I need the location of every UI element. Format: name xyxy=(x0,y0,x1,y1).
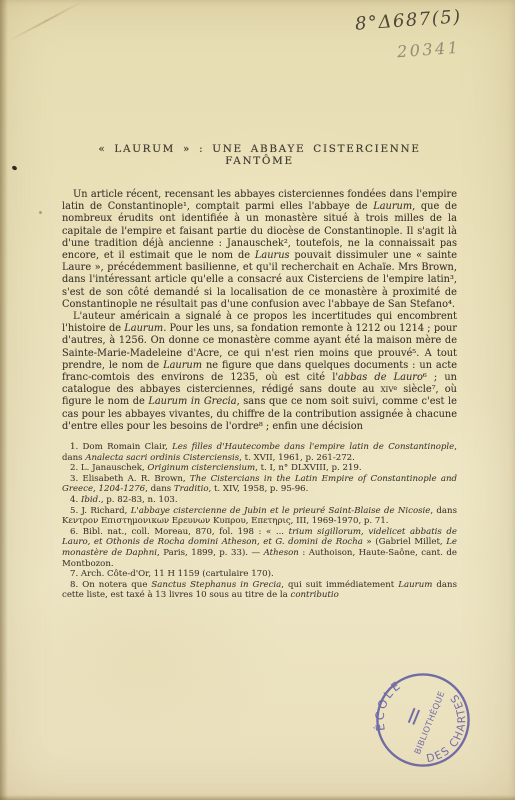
text-segment: e xyxy=(393,384,397,392)
library-stamp-icon: ÉCOLE DES CHARTES BIBLIOTHÈQUE xyxy=(359,656,487,784)
text-segment: Laurum xyxy=(124,323,163,334)
text-segment: Traditio xyxy=(174,484,209,494)
footnote: 4. Ibid., p. 82-83, n. 103. xyxy=(62,495,457,506)
footnote: 6. Bibl. nat., coll. Moreau, 870, fol. 1… xyxy=(62,527,457,569)
text-segment: , t. XVII, 1961, p. 261-272. xyxy=(239,453,355,463)
text-segment: , p. 82-83, n. 103. xyxy=(101,495,178,505)
ink-speck-faint xyxy=(39,211,42,214)
text-segment: abbas de Lauro xyxy=(338,372,423,383)
text-segment: Originum cisterciensium xyxy=(147,463,255,473)
page-edge-shadow-left xyxy=(0,0,8,800)
text-segment: Laurus xyxy=(255,250,290,261)
footnote: 8. On notera que Sanctus Stephanus in Gr… xyxy=(62,580,457,601)
text-segment: Analecta sacri ordinis Cisterciensis xyxy=(85,453,239,463)
text-segment: contributio xyxy=(291,590,339,600)
text-segment: Laurum xyxy=(163,360,202,371)
handwritten-shelfmark: 8°Δ687(5) xyxy=(354,6,462,34)
stamp-center-text: BIBLIOTHÈQUE xyxy=(411,689,446,756)
ink-speck xyxy=(11,165,17,171)
footnote: 7. Arch. Côte-d'Or, 11 H 1159 (cartulair… xyxy=(62,569,457,580)
text-segment: , qui suit immédiatement xyxy=(281,580,398,590)
text-segment: xiv xyxy=(381,384,394,395)
text-segment: L'abbaye cistercienne de Jubin et le pri… xyxy=(131,506,431,516)
text-segment: 2. L. Janauschek, xyxy=(70,463,147,473)
text-segment: 4. xyxy=(70,495,81,505)
text-segment: Laurum xyxy=(373,201,412,212)
stamp-arc-top-text: ÉCOLE xyxy=(365,674,407,737)
footnote: 2. L. Janauschek, Originum cisterciensiu… xyxy=(62,463,457,474)
article-text-block: « LAURUM » : UNE ABBAYE CISTERCIENNE FAN… xyxy=(62,143,457,601)
paragraph: Un article récent, recensant les abbayes… xyxy=(62,189,457,311)
text-segment: Atheson xyxy=(264,548,299,558)
text-segment: Laurum xyxy=(398,580,432,590)
text-segment: » (Gabriel Millet, xyxy=(363,537,446,547)
text-segment: , t. XIV, 1958, p. 95-96. xyxy=(209,484,309,494)
footnotes-list: 1. Dom Romain Clair, Les filles d'Hautec… xyxy=(62,442,457,601)
text-segment: 7. Arch. Côte-d'Or, 11 H 1159 (cartulair… xyxy=(70,569,274,579)
text-segment: Laurum in Grecia xyxy=(148,396,236,407)
footnote: 3. Elisabeth A. R. Brown, The Cistercian… xyxy=(62,474,457,495)
text-segment: Ibid. xyxy=(81,495,101,505)
text-segment: 8. On notera que xyxy=(70,580,151,590)
text-segment: 6. Bibl. nat., coll. Moreau, 870, fol. 1… xyxy=(70,527,289,537)
text-segment: 1. Dom Romain Clair, xyxy=(70,442,172,452)
page-edge-shadow-bottom xyxy=(0,795,515,800)
text-segment: 5. J. Richard, xyxy=(70,506,131,516)
scanned-page: 8°Δ687(5) 20341 « LAURUM » : UNE ABBAYE … xyxy=(0,0,515,800)
paper-crease xyxy=(8,0,83,41)
footnote: 1. Dom Romain Clair, Les filles d'Hautec… xyxy=(62,442,457,463)
text-segment: Sanctus Stephanus in Grecia xyxy=(151,580,281,590)
paragraph: L'auteur américain a signalé à ce propos… xyxy=(62,311,457,433)
text-segment: Les filles d'Hautecombe dans l'empire la… xyxy=(172,442,454,452)
footnote: 5. J. Richard, L'abbaye cistercienne de … xyxy=(62,506,457,527)
text-segment: , t. I, n° DLXVIII, p. 219. xyxy=(255,463,361,473)
text-segment: , Paris, 1899, p. 33). — xyxy=(157,548,264,558)
text-segment: , dans xyxy=(145,484,174,494)
article-title: « LAURUM » : UNE ABBAYE CISTERCIENNE FAN… xyxy=(62,143,457,167)
body-paragraphs: Un article récent, recensant les abbayes… xyxy=(62,189,457,433)
text-segment: 3. Elisabeth A. R. Brown, xyxy=(70,474,190,484)
handwritten-accession-number: 20341 xyxy=(396,38,461,61)
